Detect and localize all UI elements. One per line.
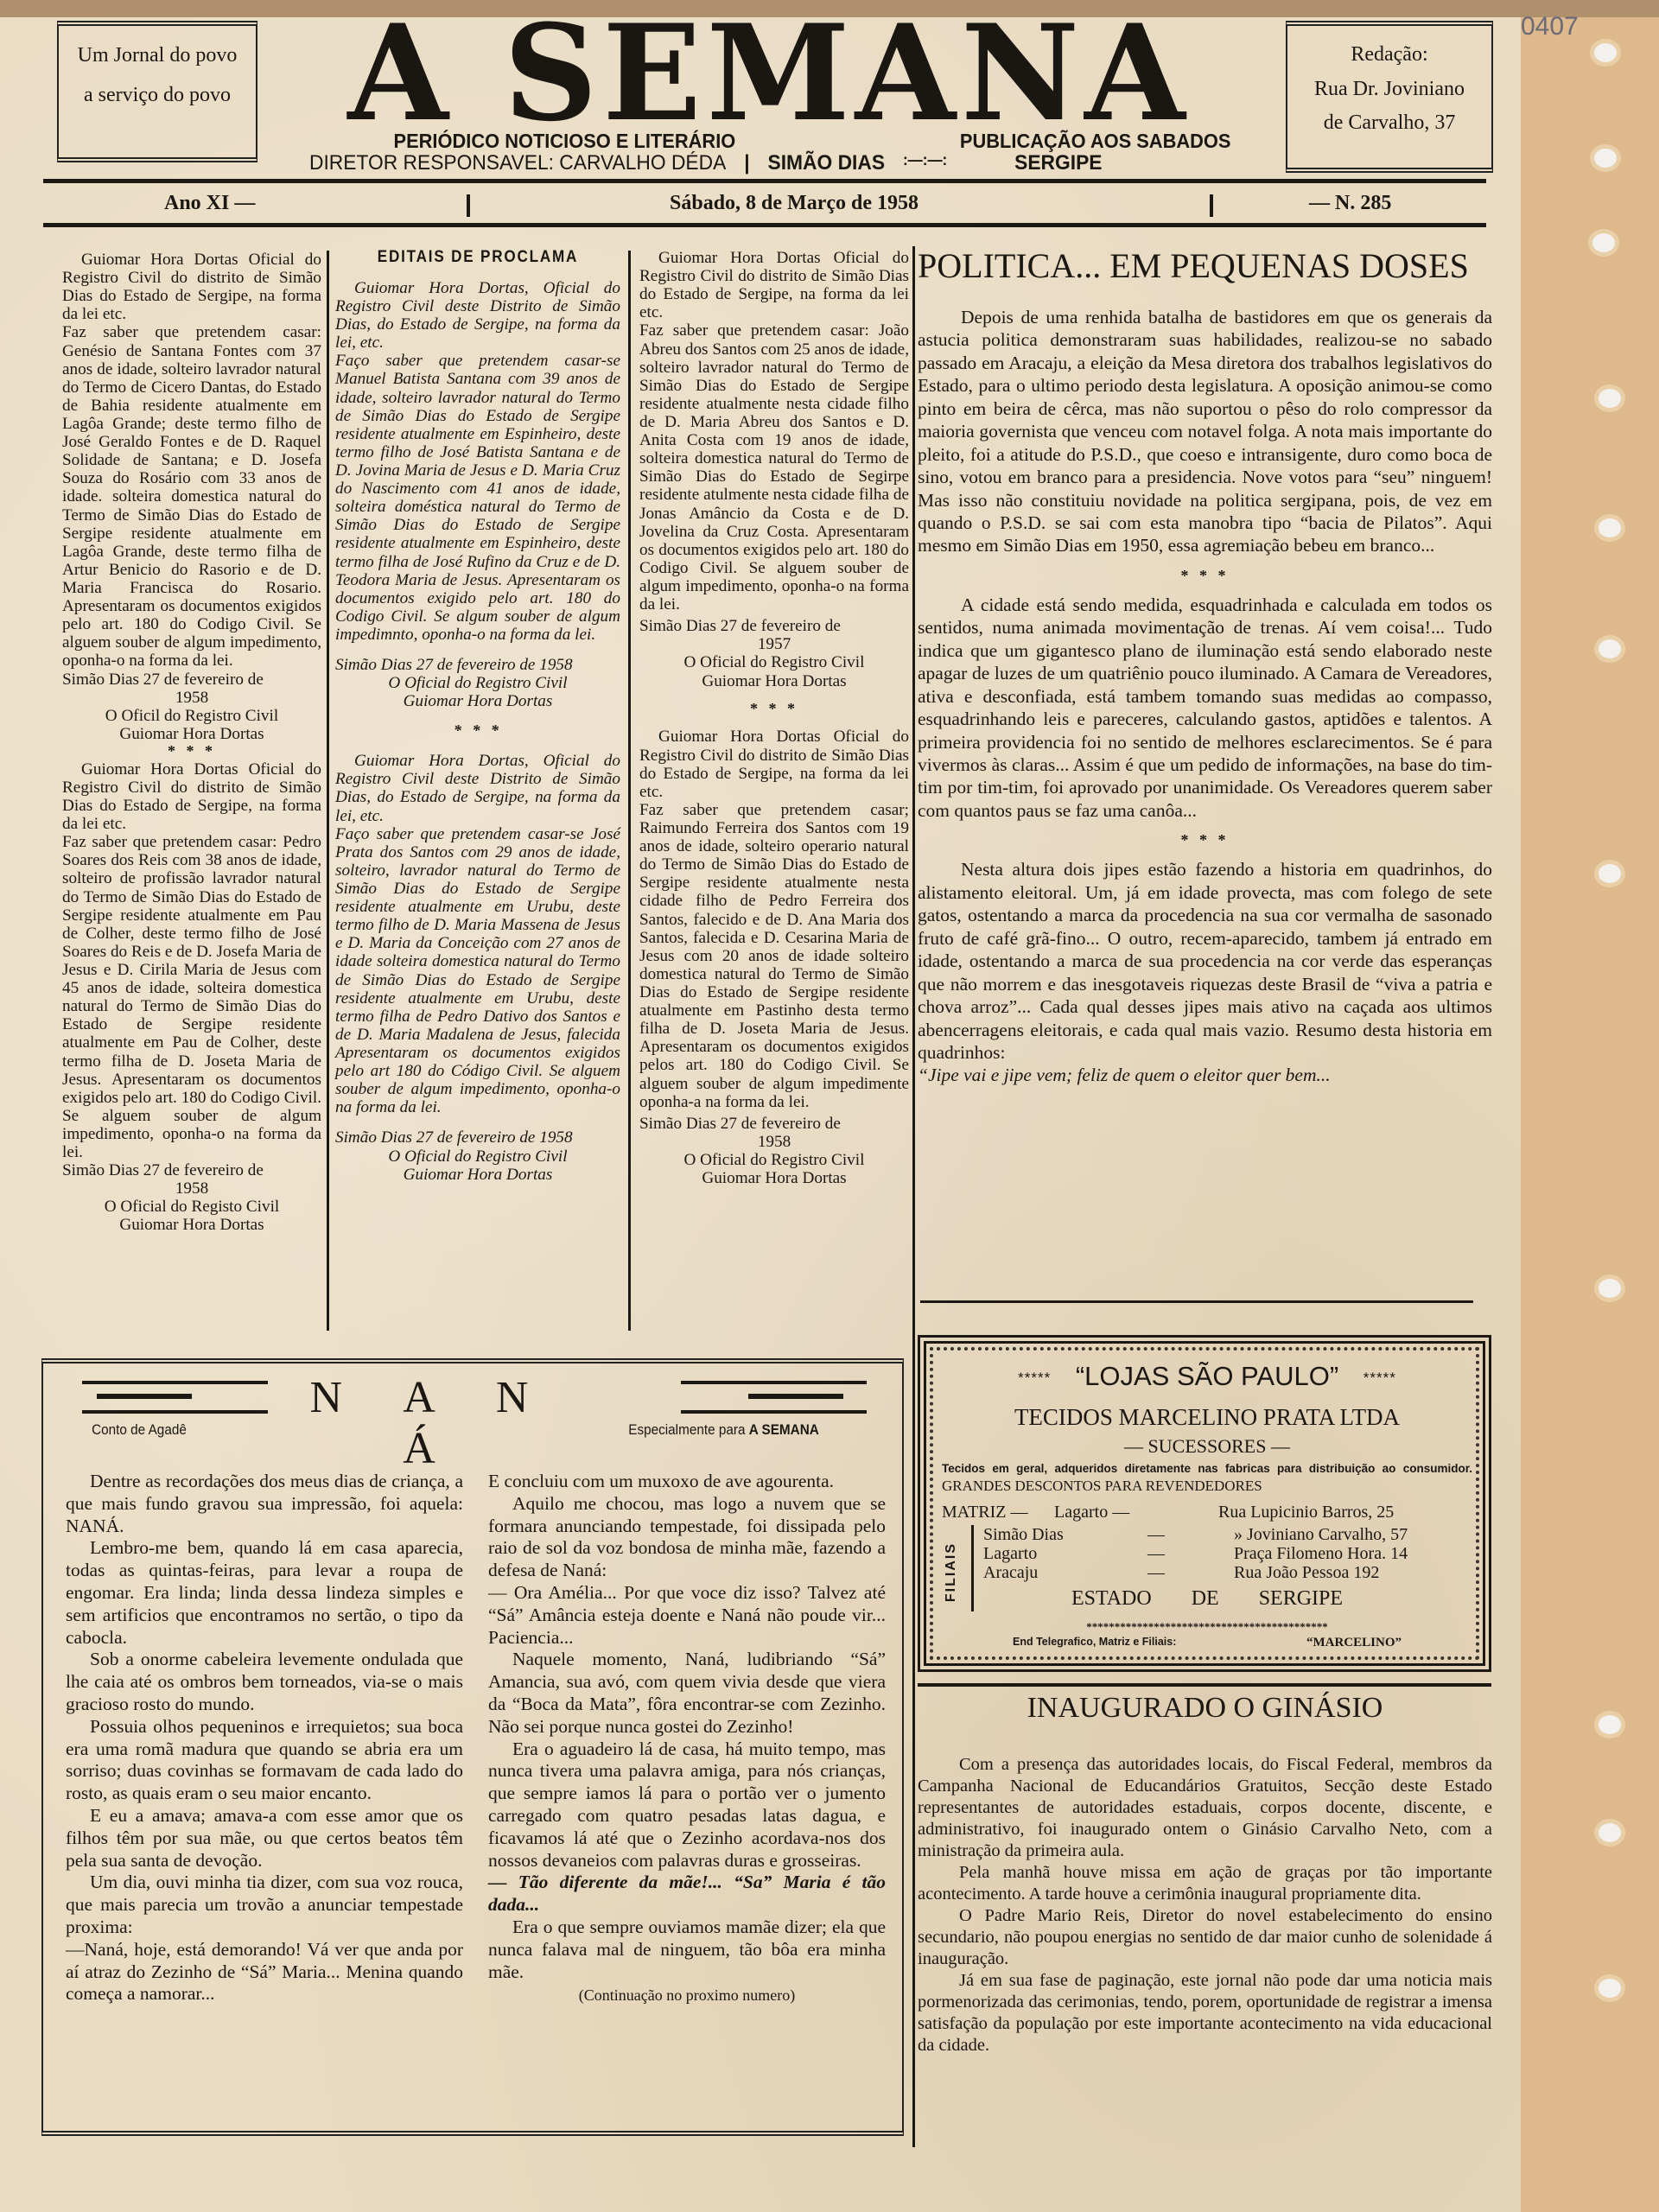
nana-headline: N A N Á [285,1372,579,1474]
nana-paragraph: Um dia, ouvi minha tia dizer, com sua vo… [66,1872,463,1938]
page-margin [1521,17,1659,2212]
ginasio-article: Com a presença das autoridades locais, d… [918,1754,1492,2056]
politica-headline: POLITICA... EM PEQUENAS DOSES [918,245,1497,286]
masthead-subtitle: PERIÓDICO NOTICIOSO E LITERÁRIO PUBLICAÇ… [369,130,1255,153]
notice-intro: Guiomar Hora Dortas Oficial do Registro … [639,728,909,800]
ad-title: ***** “LOJAS SÃO PAULO” ***** [944,1361,1471,1392]
ad-row-branch: Aracaju — Rua João Pessoa 192 [983,1563,1379,1583]
special-paper: A SEMANA [749,1421,819,1438]
ginasio-paragraph: O Padre Mario Reis, Diretor do novel est… [918,1905,1492,1970]
title-ornament [748,1394,843,1399]
ad-row-branch: Lagarto — Praça Filomeno Hora. 14 [983,1544,1408,1564]
nana-paragraph: E concluiu com um muxoxo de ave agourent… [488,1471,886,1493]
nana-paragraph: Aquilo me chocou, mas logo a nuvem que s… [488,1493,886,1582]
ad-store-name: “LOJAS SÃO PAULO” [1076,1361,1338,1391]
dateline-divider [1210,194,1213,217]
dateline: Ano XI — Sábado, 8 de Março de 1958 — N.… [43,190,1486,221]
editais-heading: EDITAIS DE PROCLAMA [350,249,607,267]
nana-continuation: (Continuação no proximo numero) [488,1986,886,2005]
address-line-3: de Carvalho, 37 [1287,106,1491,141]
notice-signature-name: Guiomar Hora Dortas [639,1169,909,1187]
politica-end-rule [920,1300,1473,1303]
binding-hole [1599,1279,1621,1298]
ad-bottom-rule [918,1683,1491,1687]
politica-paragraph: Nesta altura dois jipes estão fazendo a … [918,858,1492,1064]
notice-signature-title: O Oficial do Registro Civil [639,653,909,671]
notice-place-date: Simão Dias 27 de fevereiro de [62,671,321,689]
binding-hole [1599,1823,1621,1842]
column-rule [912,246,915,2147]
ad-stars-right: ***** [1363,1370,1396,1386]
ad-stars-left: ***** [1018,1370,1051,1386]
subtitle-periodico: PERIÓDICO NOTICIOSO E LITERÁRIO [394,130,736,153]
ginasio-paragraph: Pela manhã houve missa em ação de graças… [918,1862,1492,1905]
subtitle-publicacao: PUBLICAÇÃO AOS SABADOS [960,130,1231,153]
column-rule [628,251,631,1331]
notice-signature-name: Guiomar Hora Dortas [335,1166,620,1184]
notice-intro: Guiomar Hora Dortas Oficial do Registro … [639,249,909,321]
title-ornament [97,1394,192,1399]
notice-signature-name: Guiomar Hora Dortas [335,692,620,710]
nana-paragraph: Possuia olhos pequeninos e irrequietos; … [66,1716,463,1805]
ad-matriz-label: MATRIZ — [942,1503,1054,1522]
notice-body: Faz saber que pretendem casar; Raimundo … [639,801,909,1111]
title-ornament [82,1381,268,1384]
director: DIRETOR RESPONSAVEL: CARVALHO DÉDA [309,151,726,175]
column-2-editais: EDITAIS DE PROCLAMA Guiomar Hora Dortas,… [335,249,620,1184]
section-stars: * * * [918,830,1492,849]
issue-number: — N. 285 [1309,192,1391,215]
ad-successors: — SUCESSORES — [944,1435,1471,1458]
notice-year: 1958 [62,689,321,707]
title-ornament [681,1410,867,1414]
politica-article: Depois de uma renhida batalha de bastido… [918,306,1492,1087]
motto-box: Um Jornal do povo a serviço do povo [57,21,257,162]
title-ornament [681,1381,867,1384]
ad-row-city: Aracaju [983,1563,1147,1583]
column-3-notices: Guiomar Hora Dortas Oficial do Registro … [639,249,909,1187]
politica-closing-quote: “Jipe vai e jipe vem; feliz de quem o el… [918,1064,1492,1086]
section-stars: * * * [62,743,321,760]
nana-paragraph: Sob a onorme cabeleira levemente ondulad… [66,1649,463,1715]
notice-signature-title: O Oficial do Registro Civil [639,1151,909,1169]
nana-paragraph: — Ora Amélia... Por que voce diz isso? T… [488,1582,886,1649]
notice-signature-name: Guiomar Hora Dortas [639,672,909,690]
binding-hole [1599,389,1621,408]
politica-paragraph: A cidade está sendo medida, esquadrinhad… [918,594,1492,822]
ad-state: ESTADO DE SERGIPE [944,1587,1471,1611]
notice-place-date: Simão Dias 27 de fevereiro de [639,1115,909,1133]
ad-row-branch: Simão Dias — » Joviniano Carvalho, 57 [983,1525,1408,1545]
notice-signature-title: O Oficial do Registro Civil [335,1147,620,1166]
ad-row-address: » Joviniano Carvalho, 57 [1234,1525,1408,1545]
motto-line-1: Um Jornal do povo [59,36,256,76]
ad-row-address: Praça Filomeno Hora. 14 [1234,1544,1408,1564]
politica-paragraph: Depois de uma renhida batalha de bastido… [918,306,1492,557]
ad-telegraph-label: End Telegrafico, Matriz e Filiais: [1013,1636,1176,1650]
title-ornament [82,1410,268,1414]
nana-paragraph: Era o que sempre ouviamos mamãe dizer; e… [488,1916,886,1983]
ad-telegraph-value: “MARCELINO” [1306,1636,1402,1650]
nana-paragraph: —Naná, hoje, está demorando! Vá ver que … [66,1939,463,2005]
section-stars: * * * [639,701,909,718]
nana-special: Especialmente para A SEMANA [628,1421,819,1439]
notice-signature-title: O Oficial do Registo Civil [62,1198,321,1216]
ad-star-line: ****************************************… [1013,1620,1402,1634]
notice-body: Faz saber que pretendem casar: Pedro Soa… [62,833,321,1161]
notice-intro: Guiomar Hora Dortas Oficial do Registro … [62,760,321,833]
ad-row-city: Lagarto [983,1544,1147,1564]
notice-intro: Guiomar Hora Dortas Oficial do Registro … [62,251,321,323]
ad-row-dash: — [1147,1563,1234,1583]
divider: | [744,151,749,175]
masthead-rule-top [43,179,1486,183]
notice-body: Faz saber que pretendem casar: Genésio d… [62,323,321,670]
separator: :—:—: [903,151,947,175]
nana-paragraph: Dentre as recordações dos meus dias de c… [66,1471,463,1537]
ad-row-city: Lagarto — [1054,1503,1218,1522]
notice-signature-title: O Oficial do Registro Civil [335,674,620,692]
city: SIMÃO DIAS [768,151,886,175]
ad-company: TECIDOS MARCELINO PRATA LTDA [944,1404,1471,1431]
ad-row-dash: — [1147,1525,1234,1545]
issue-date: Sábado, 8 de Março de 1958 [670,192,918,215]
ginasio-paragraph: Com a presença das autoridades locais, d… [918,1754,1492,1862]
notice-year: 1957 [639,635,909,653]
notice-year: 1958 [62,1179,321,1198]
notice-year: 1958 [639,1133,909,1151]
ad-desc-small: Tecidos em geral, adqueridos diretamente… [942,1462,1472,1475]
masthead-director-line: DIRETOR RESPONSAVEL: CARVALHO DÉDA | SIM… [309,151,1229,175]
lojas-sao-paulo-ad: ***** “LOJAS SÃO PAULO” ***** TECIDOS MA… [918,1335,1491,1672]
nana-paragraph: Era o aguadeiro lá de casa, há muito tem… [488,1738,886,1872]
ad-desc-discounts: GRANDES DESCONTOS PARA REVENDEDORES [942,1478,1262,1494]
archive-number: 0407 [1521,12,1579,41]
binding-hole [1599,864,1621,883]
year-volume: Ano XI — [164,192,255,215]
special-prefix: Especialmente para [628,1421,745,1438]
notice-intro: Guiomar Hora Dortas, Oficial do Registro… [335,752,620,824]
notice-body: Faço saber que pretendem casar-se José P… [335,825,620,1117]
notice-place-date: Simão Dias 27 de fevereiro de 1958 [335,656,620,674]
notice-signature-name: Guiomar Hora Dortas [62,725,321,743]
masthead-rule-bottom [43,223,1486,227]
ad-row-city: Simão Dias [983,1525,1147,1545]
motto-line-2: a serviço do povo [59,76,256,116]
binding-hole [1594,43,1617,62]
address-line-1: Redação: [1287,38,1491,73]
ad-description: Tecidos em geral, adqueridos diretamente… [942,1461,1472,1496]
address-line-2: Rua Dr. Joviniano [1287,73,1491,107]
nana-paragraph: Naquele momento, Naná, ludibriando “Sá” … [488,1649,886,1738]
nana-italic-quote: — Tão diferente da mãe!... “Sa” Maria é … [488,1872,886,1916]
ad-row-address: Rua João Pessoa 192 [1234,1563,1379,1583]
column-rule [327,251,329,1331]
notice-place-date: Simão Dias 27 de fevereiro de [62,1161,321,1179]
notice-place-date: Simão Dias 27 de fevereiro de [639,617,909,635]
state: SERGIPE [1014,151,1102,175]
ad-row-matriz: MATRIZ — Lagarto — Rua Lupicinio Barros,… [942,1503,1394,1522]
ad-telegraph: End Telegrafico, Matriz e Filiais: “MARC… [1013,1636,1402,1650]
dateline-divider [467,194,470,217]
notice-signature-name: Guiomar Hora Dortas [62,1216,321,1234]
notice-body: Faço saber que pretendem casar-se Manuel… [335,352,620,644]
notice-place-date: Simão Dias 27 de fevereiro de 1958 [335,1128,620,1147]
ad-row-address: Rua Lupicinio Barros, 25 [1218,1503,1394,1522]
newspaper-title: A SEMANA [289,8,1249,140]
binding-hole [1599,518,1621,537]
notice-body: Faz saber que pretendem casar: João Abre… [639,321,909,613]
column-1-notices: Guiomar Hora Dortas Oficial do Registro … [62,251,321,1235]
binding-hole [1599,1715,1621,1734]
binding-hole [1594,149,1617,168]
nana-paragraph: Lembro-me bem, quando lá em casa apareci… [66,1537,463,1649]
editorial-address-box: Redação: Rua Dr. Joviniano de Carvalho, … [1286,21,1493,173]
section-stars: * * * [918,566,1492,585]
nana-author: Conto de Agadê [92,1421,187,1439]
notice-signature-title: O Oficil do Registro Civil [62,707,321,725]
binding-hole [1599,1979,1621,1998]
section-stars: * * * [335,722,620,740]
nana-column-left: Dentre as recordações dos meus dias de c… [66,1471,463,2005]
notice-intro: Guiomar Hora Dortas, Oficial do Registro… [335,279,620,352]
nana-column-right: E concluiu com um muxoxo de ave agourent… [488,1471,886,2005]
ginasio-paragraph: Já em sua fase de paginação, este jornal… [918,1970,1492,2056]
ginasio-headline: INAUGURADO O GINÁSIO [918,1692,1492,1725]
nana-paragraph: E eu a amava; amava-a com esse amor que … [66,1805,463,1872]
binding-hole [1599,639,1621,658]
binding-hole [1592,233,1615,252]
ad-row-dash: — [1147,1544,1234,1564]
